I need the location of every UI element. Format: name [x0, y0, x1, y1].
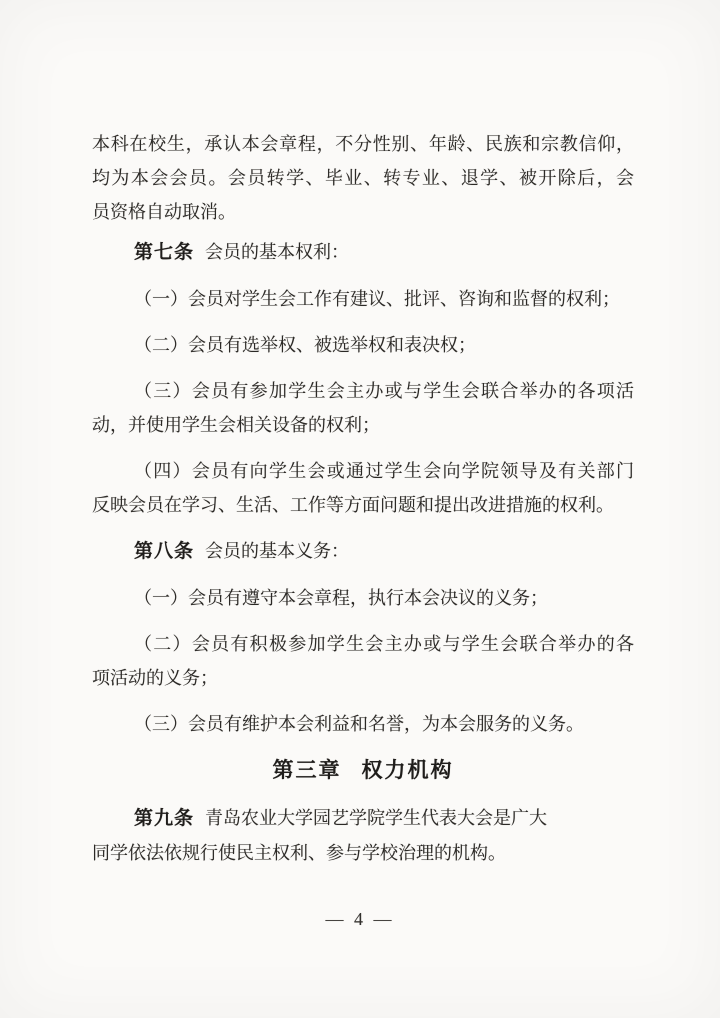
article-8-heading: 第八条会员的基本义务：: [92, 534, 634, 569]
text-line: 同学依法依规行使民主权利、参与学校治理的机构。: [92, 836, 634, 870]
article-7-item-1: （一）会员对学生会工作有建议、批评、咨询和监督的权利；: [92, 282, 634, 316]
article-9-paragraph: 第九条青岛农业大学园艺学院学生代表大会是广大 同学依法依规行使民主权利、参与学校…: [92, 801, 634, 870]
article-number-label: 第九条: [134, 808, 194, 829]
article-7-heading: 第七条会员的基本权利：: [92, 235, 634, 270]
text-line: 第八条会员的基本义务：: [92, 534, 634, 569]
chapter-3-heading: 第三章权力机构: [92, 753, 634, 789]
chapter-number: 第三章: [273, 759, 342, 782]
chapter-title: 权力机构: [362, 759, 454, 782]
text-line: （四）会员有向学生会或通过学生会向学院领导及有关部门: [92, 454, 634, 488]
article-8-item-1: （一）会员有遵守本会章程，执行本会决议的义务；: [92, 581, 634, 615]
text-line: （二）会员有选举权、被选举权和表决权；: [92, 328, 634, 362]
text-line: 均为本会会员。会员转学、毕业、转专业、退学、被开除后，会: [92, 161, 634, 195]
article-body: 青岛农业大学园艺学院学生代表大会是广大: [205, 808, 547, 828]
text-line: 反映会员在学习、生活、工作等方面问题和提出改进措施的权利。: [92, 488, 634, 522]
text-line: （三）会员有参加学生会主办或与学生会联合举办的各项活: [92, 374, 634, 408]
page-number: — 4 —: [0, 908, 720, 930]
text-line: （二）会员有积极参加学生会主办或与学生会联合举办的各: [92, 627, 634, 661]
article-number-label: 第八条: [134, 541, 194, 562]
paragraph-membership: 本科在校生，承认本会章程，不分性别、年龄、民族和宗教信仰， 均为本会会员。会员转…: [92, 127, 634, 229]
text-line: 本科在校生，承认本会章程，不分性别、年龄、民族和宗教信仰，: [92, 127, 634, 161]
text-line: （一）会员有遵守本会章程，执行本会决议的义务；: [92, 581, 634, 615]
text-line: 员资格自动取消。: [92, 195, 634, 229]
article-8-item-2: （二）会员有积极参加学生会主办或与学生会联合举办的各 项活动的义务；: [92, 627, 634, 695]
article-number-label: 第七条: [134, 242, 194, 263]
text-line: 第七条会员的基本权利：: [92, 235, 634, 270]
text-line: 项活动的义务；: [92, 661, 634, 695]
text-line: 动，并使用学生会相关设备的权利；: [92, 408, 634, 442]
article-7-item-3: （三）会员有参加学生会主办或与学生会联合举办的各项活 动，并使用学生会相关设备的…: [92, 374, 634, 442]
article-7-item-4: （四）会员有向学生会或通过学生会向学院领导及有关部门 反映会员在学习、生活、工作…: [92, 454, 634, 522]
article-7-item-2: （二）会员有选举权、被选举权和表决权；: [92, 328, 634, 362]
article-title: 会员的基本权利：: [205, 242, 349, 262]
article-title: 会员的基本义务：: [205, 541, 349, 561]
article-8-item-3: （三）会员有维护本会利益和名誉，为本会服务的义务。: [92, 707, 634, 741]
text-line: （一）会员对学生会工作有建议、批评、咨询和监督的权利；: [92, 282, 634, 316]
text-line: （三）会员有维护本会利益和名誉，为本会服务的义务。: [92, 707, 634, 741]
page-content: 本科在校生，承认本会章程，不分性别、年龄、民族和宗教信仰， 均为本会会员。会员转…: [92, 127, 634, 882]
text-line: 第九条青岛农业大学园艺学院学生代表大会是广大: [92, 801, 634, 836]
scanned-document-page: 本科在校生，承认本会章程，不分性别、年龄、民族和宗教信仰， 均为本会会员。会员转…: [0, 0, 720, 1018]
